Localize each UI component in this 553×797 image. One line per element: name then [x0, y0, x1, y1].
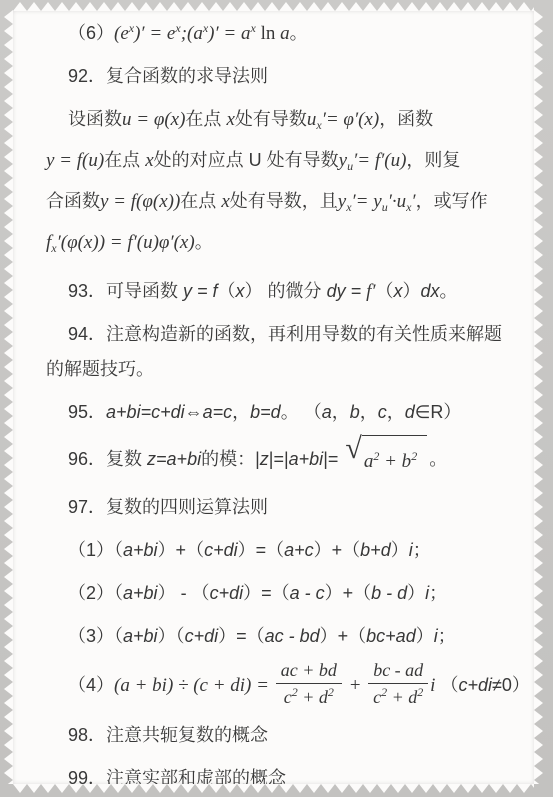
- item-95: 95．a+bi=c+di⇔a=c，b=d。 （a，b，c，d∈R）: [13, 395, 534, 430]
- item-93: 93．可导函数 y = f（x） 的微分 dy = f′（x）dx。: [13, 274, 534, 309]
- item-92-body-line-4: fx′(φ(x)) = f′(u)φ′(x)。: [13, 225, 534, 266]
- math-notes-card: （6）(ex)′ = ex;(ax)′ = ax ln a。92．复合函数的求导…: [13, 11, 534, 784]
- item-97-rule-2: （2）（a+bi） - （c+di）=（a - c）+（b - d）i；: [13, 576, 534, 611]
- item-97-rule-4: （4）(a + bi) ÷ (c + di) = ac + bdc2 + d2 …: [13, 662, 534, 710]
- item-97-heading: 97．复数的四则运算法则: [13, 490, 534, 525]
- item-99: 99．注意实部和虚部的概念: [13, 761, 534, 784]
- perforation-edge-top: [13, 2, 534, 11]
- perforation-edge-right: [534, 10, 543, 784]
- item-92-body-line-1: 设函数u = φ(x)在点 x处有导数ux′= φ′(x)，函数: [13, 102, 534, 143]
- item-92-body-line-2: y = f(u)在点 x处的对应点 U 处有导数yu′= f′(u)，则复: [13, 143, 534, 184]
- item-92-heading: 92．复合函数的求导法则: [13, 59, 534, 94]
- document-photo: （6）(ex)′ = ex;(ax)′ = ax ln a。92．复合函数的求导…: [0, 0, 553, 797]
- fraction: bc - adc2 + d2: [368, 660, 428, 708]
- item-98: 98．注意共轭复数的概念: [13, 718, 534, 753]
- item-97-rule-3: （3）（a+bi）（c+di）=（ac - bd）+（bc+ad）i；: [13, 619, 534, 654]
- radical-sign-icon: √: [345, 434, 361, 464]
- fraction: ac + bdc2 + d2: [276, 660, 342, 708]
- item-96: 96．复数 z=a+bi的模：|z|=|a+bi|= √a2 + b2。: [13, 438, 534, 482]
- item-97-rule-1: （1）（a+bi）+（c+di）=（a+c）+（b+d）i；: [13, 533, 534, 568]
- square-root: √a2 + b2: [345, 435, 427, 479]
- perforation-edge-bottom: [13, 784, 534, 793]
- perforation-edge-left: [4, 10, 13, 784]
- item-92-body-line-3: 合函数y = f(φ(x))在点 x处有导数，且yx′= yu′·ux′，或写作: [13, 184, 534, 225]
- math-notes-content: （6）(ex)′ = ex;(ax)′ = ax ln a。92．复合函数的求导…: [13, 11, 534, 784]
- item-94-line-2: 的解题技巧。: [13, 352, 534, 387]
- formula-6-exp-derivatives: （6）(ex)′ = ex;(ax)′ = ax ln a。: [13, 11, 534, 51]
- item-94-line-1: 94．注意构造新的函数，再利用导数的有关性质来解题: [13, 317, 534, 352]
